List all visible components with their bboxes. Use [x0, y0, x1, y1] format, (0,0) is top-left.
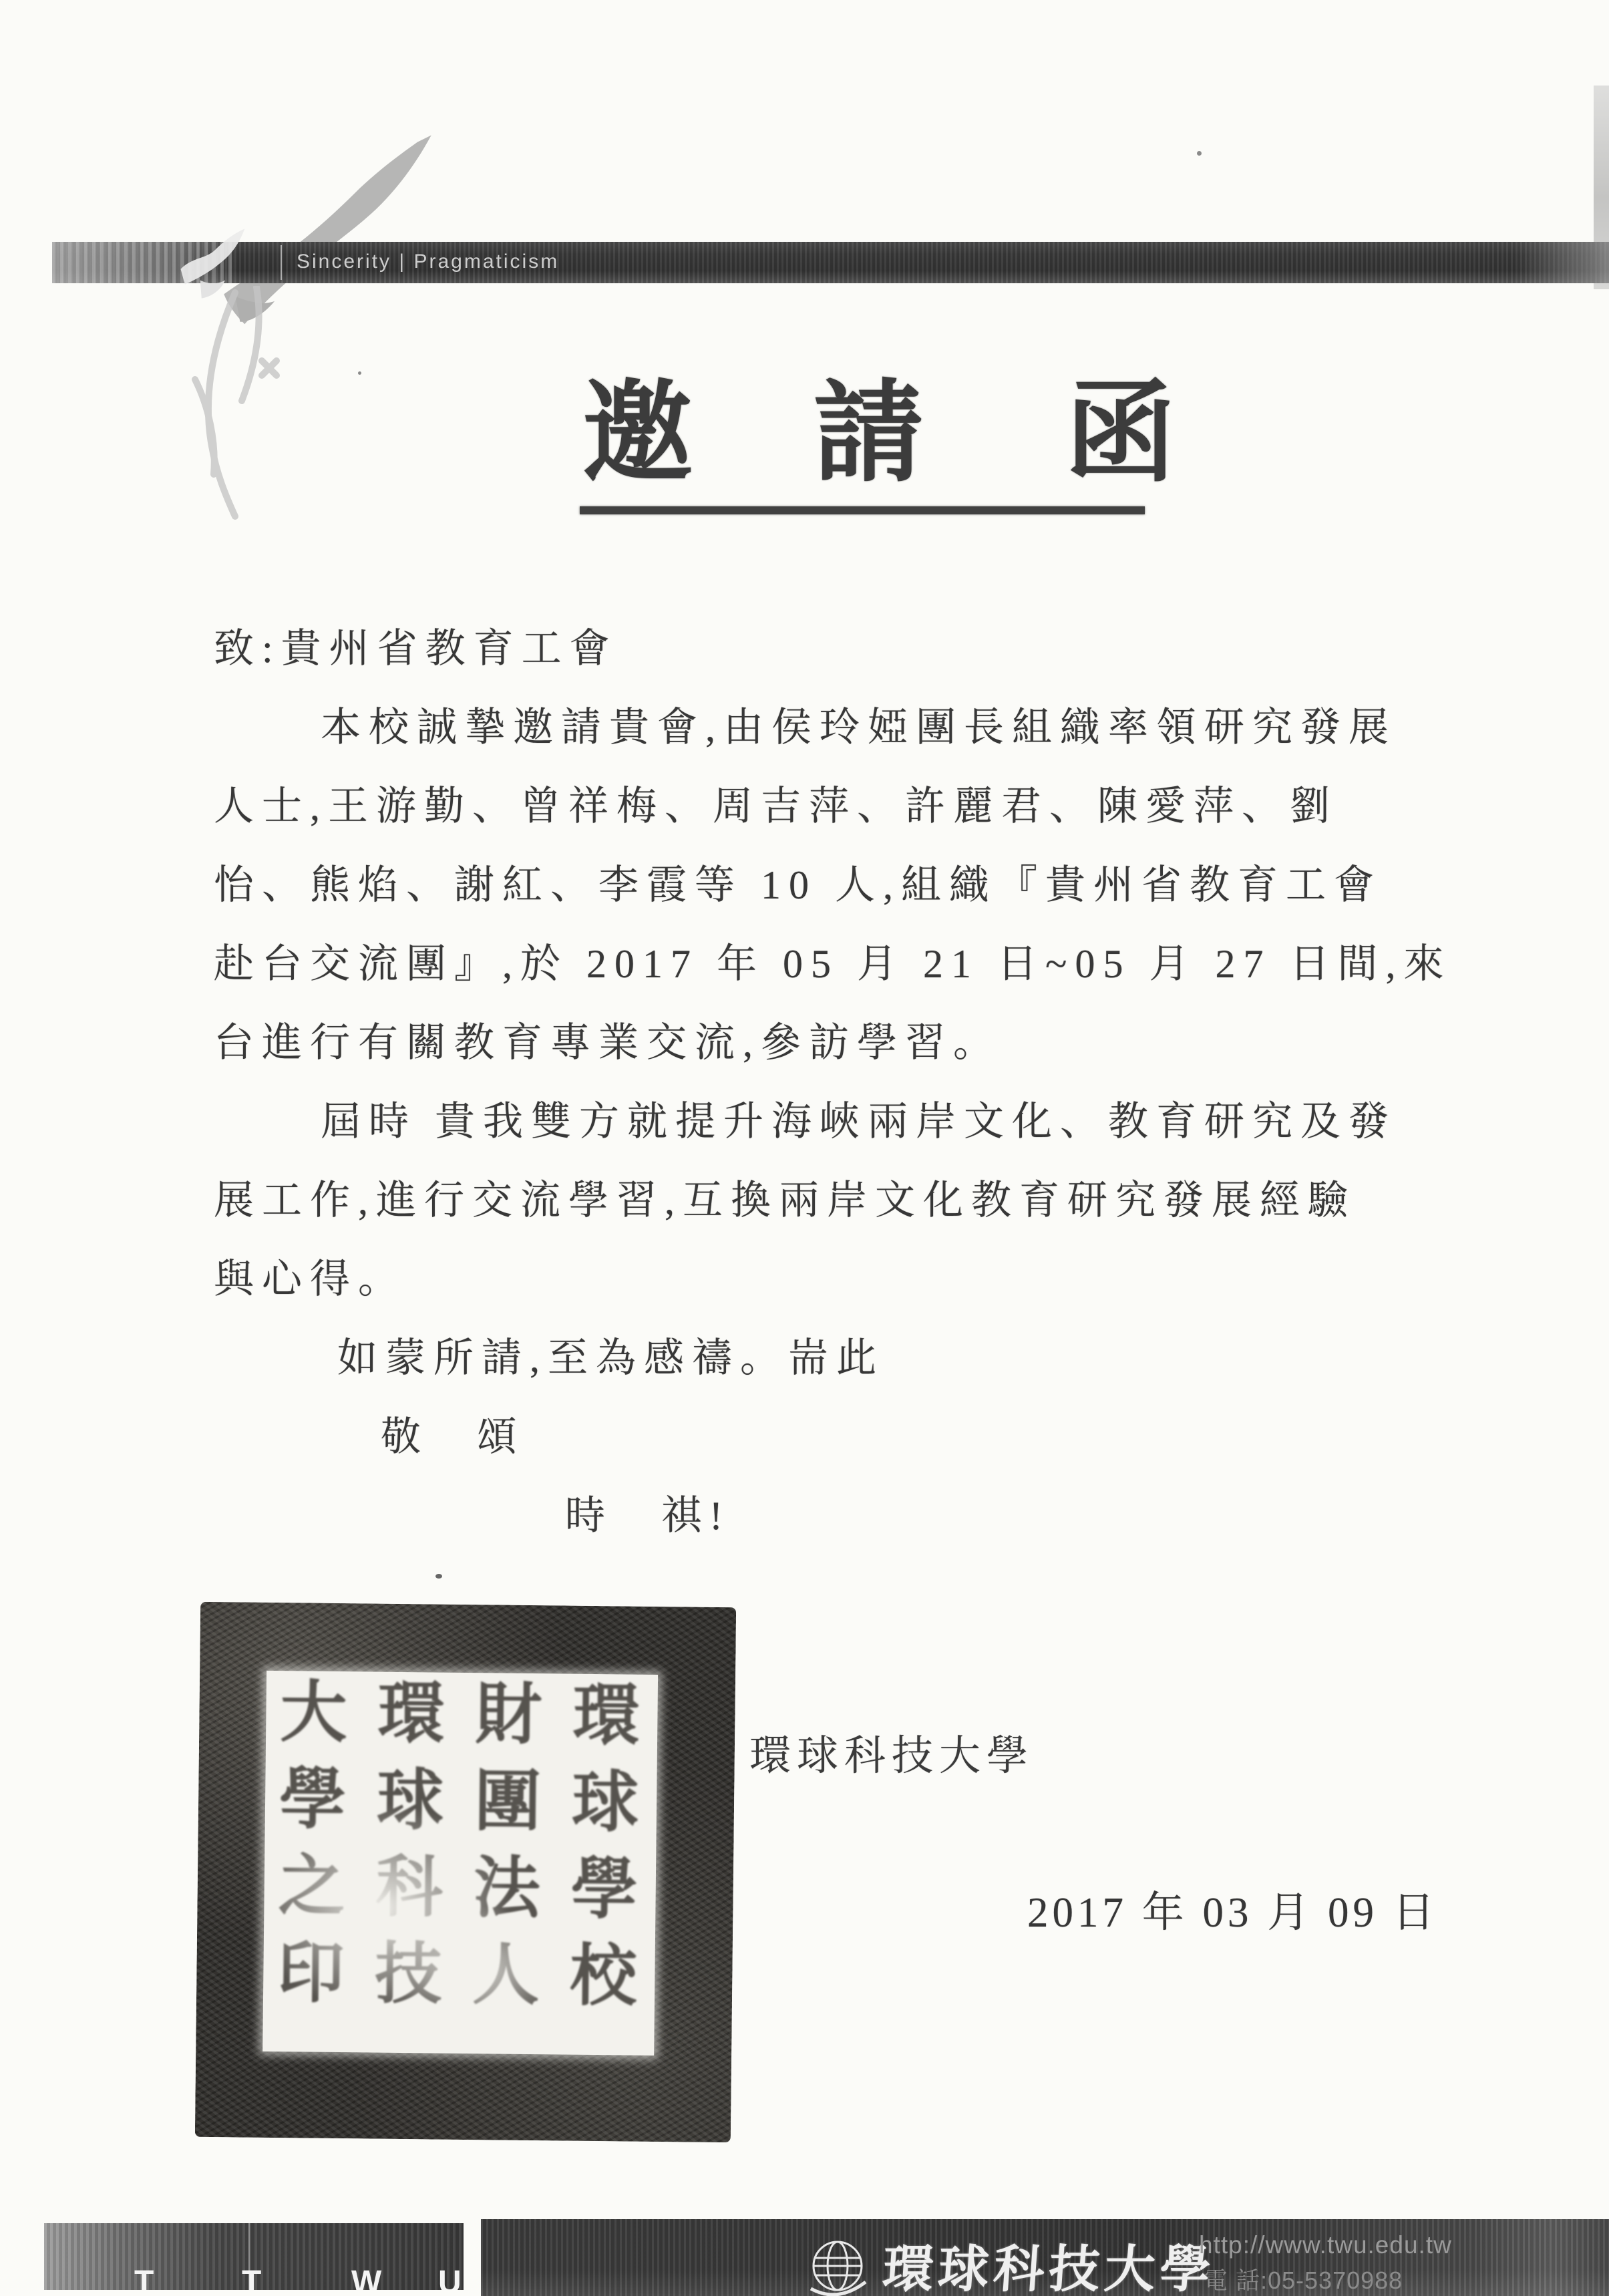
footer-banner-right: 環球科技大學 http://www.twu.edu.tw 電 話:05-5370… [481, 2219, 1609, 2296]
scan-speck [1197, 151, 1202, 156]
footer-phone-number: 電 話:05-5370988 [1204, 2262, 1403, 2296]
cutoff-letter-fragment: U [438, 2264, 462, 2290]
recipient-line: 致:貴州省教育工會 [214, 609, 1427, 688]
banner-separator-line [281, 245, 282, 280]
body-line: 本校誠摯邀請貴會,由侯玲婭團長組織率領研究發展 [214, 688, 1427, 767]
footer-website-url: http://www.twu.edu.tw [1199, 2231, 1452, 2259]
closing-line: 如蒙所請,至為感禱。耑此 [214, 1319, 1427, 1398]
cutoff-letter-fragment: T [134, 2264, 154, 2290]
banner-right-fade [1515, 242, 1609, 283]
scan-speck [358, 371, 361, 375]
salute-line: 時 祺! [214, 1476, 1427, 1555]
title-char: 函 [1065, 377, 1176, 494]
title-underline [580, 506, 1145, 514]
school-motto: Sincerity | Pragmaticism [297, 251, 559, 273]
salute-line: 敬 頌 [214, 1398, 1427, 1476]
globe-logo-icon [807, 2238, 868, 2296]
scan-speck [435, 1574, 442, 1579]
seal-inner-face: 環球學校 財團法人 環球科技 大學之印 [262, 1671, 658, 2056]
body-line: 與心得。 [214, 1240, 1427, 1319]
body-line: 台進行有關教育專業交流,參訪學習。 [214, 1003, 1427, 1082]
body-line: 怡、熊焰、謝紅、李霞等 10 人,組織『貴州省教育工會 [214, 846, 1427, 925]
plant-sketch-graphic [155, 286, 299, 523]
footer-banner-left: T T W U [44, 2223, 464, 2290]
dove-silhouette-graphic [172, 226, 256, 303]
university-seal-stamp: 環球學校 財團法人 環球科技 大學之印 [195, 1602, 736, 2142]
letter-date: 2017 年 03 月 09 日 [1027, 1878, 1439, 1939]
cutoff-letter-fragment: T [242, 2264, 261, 2290]
footer-university-name: 環球科技大學 [880, 2229, 1218, 2296]
signature-university-name: 環球科技大學 [749, 1722, 1034, 1782]
seal-faded-area [262, 1671, 658, 2056]
body-line: 人士,王游勤、曾祥梅、周吉萍、許麗君、陳愛萍、劉 [214, 767, 1427, 846]
header-banner: Sincerity | Pragmaticism [52, 242, 1609, 283]
body-line: 屆時 貴我雙方就提升海峽兩岸文化、教育研究及發 [214, 1082, 1427, 1161]
body-line: 赴台交流團』,於 2017 年 05 月 21 日~05 月 27 日間,來 [214, 925, 1427, 1003]
body-line: 展工作,進行交流學習,互換兩岸文化教育研究發展經驗 [214, 1161, 1427, 1240]
cutoff-letter-fragment: W [351, 2264, 381, 2290]
letter-body: 致:貴州省教育工會 本校誠摯邀請貴會,由侯玲婭團長組織率領研究發展 人士,王游勤… [214, 609, 1427, 1555]
title-char: 邀 [582, 377, 693, 494]
letter-title: 邀 請 函 [582, 377, 1176, 494]
title-char: 請 [814, 377, 924, 494]
scanned-invitation-letter: Sincerity | Pragmaticism 邀 請 函 致:貴州省教育工會… [0, 0, 1609, 2296]
